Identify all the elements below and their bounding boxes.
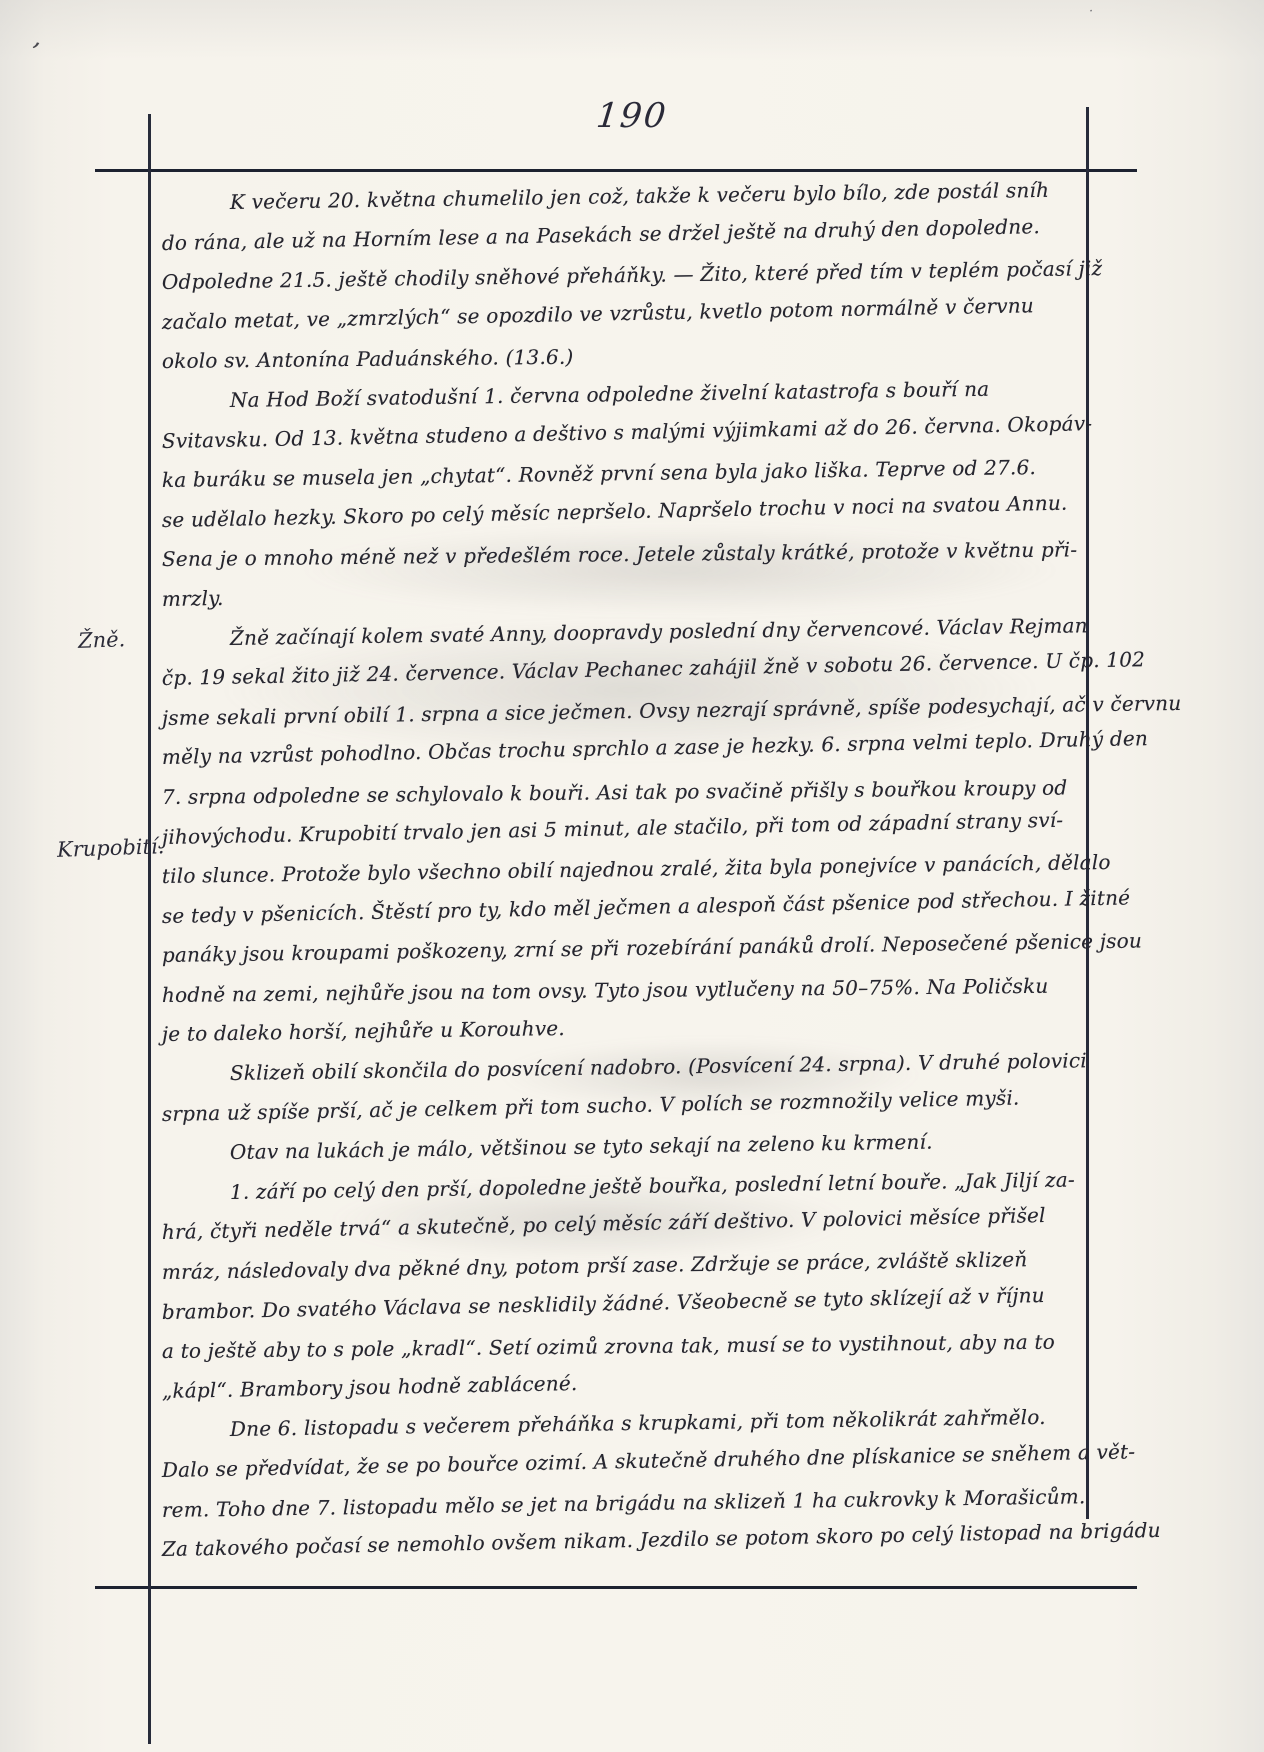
bottom-rule <box>95 1586 1137 1589</box>
margin-note-harvest: Žně. <box>78 627 126 653</box>
paragraph: K večeru 20. května chumelilo jen což, t… <box>162 184 1092 382</box>
paragraph: Na Hod Boží svatodušní 1. června odpoled… <box>162 382 1092 620</box>
chronicle-body-text: K večeru 20. května chumelilo jen což, t… <box>162 184 1092 1570</box>
ink-speck: · <box>1089 4 1093 19</box>
page-number: 190 <box>0 96 1264 136</box>
paragraph-harvest: Žně začínají kolem svaté Anny, doopravdy… <box>162 620 1092 1056</box>
scanned-chronicle-page: ’ · 190 Žně. Krupobití. K večeru 20. kvě… <box>0 0 1264 1752</box>
left-margin-rule <box>148 114 151 1744</box>
paragraph: Dne 6. listopadu s večerem přeháňka s kr… <box>162 1411 1092 1569</box>
margin-note-hailstorm: Krupobití. <box>57 834 165 862</box>
ink-speck: ’ <box>26 37 41 68</box>
paragraph: 1. září po celý den prší, dopoledne ješt… <box>162 1174 1092 1412</box>
